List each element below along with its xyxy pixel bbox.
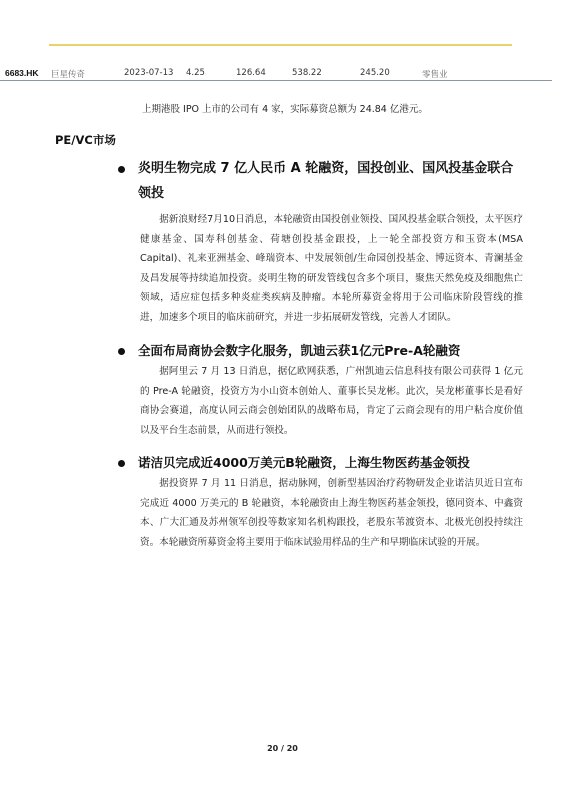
section-title: PE/VC市场 xyxy=(55,132,116,148)
value-col-2: 538.22 xyxy=(292,68,322,78)
ipo-table-row: 6683.HK 巨星传奇 2023-07-13 4.25 126.64 538.… xyxy=(0,66,552,81)
news-body: 据投资界 7 月 11 日消息，据动脉网，创新型基因治疗药物研发企业诺洁贝近日宣… xyxy=(140,474,523,552)
industry: 零售业 xyxy=(422,68,448,80)
news-item: 全面布局商协会数字化服务，凯迪云获1亿元Pre-A轮融资 据阿里云 7 月 13… xyxy=(138,339,523,440)
bullet-icon xyxy=(118,460,125,467)
ipo-summary: 上期港股 IPO 上市的公司有 4 家，实际募资总额为 24.84 亿港元。 xyxy=(142,101,428,115)
page-number: 20 / 20 xyxy=(0,744,565,753)
news-body: 据新浪财经7月10日消息，本轮融资由国投创业领投、国风投基金联合领投，太平医疗健… xyxy=(140,210,523,327)
bullet-icon xyxy=(118,166,125,173)
value-col-1: 126.64 xyxy=(236,68,266,78)
company-name: 巨星传奇 xyxy=(51,68,85,80)
header-rule xyxy=(49,44,512,46)
news-headline: 炎明生物完成 7 亿人民币 A 轮融资，国投创业、国风投基金联合领投 xyxy=(138,156,523,206)
stock-code: 6683.HK xyxy=(5,68,39,78)
news-body: 据阿里云 7 月 13 日消息，据亿欧网获悉，广州凯迪云信息科技有限公司获得 1… xyxy=(140,362,523,440)
news-headline: 全面布局商协会数字化服务，凯迪云获1亿元Pre-A轮融资 xyxy=(138,339,523,362)
offer-price: 4.25 xyxy=(186,68,205,78)
bullet-icon xyxy=(118,348,125,355)
news-item: 炎明生物完成 7 亿人民币 A 轮融资，国投创业、国风投基金联合领投 据新浪财经… xyxy=(138,156,523,327)
news-headline: 诺洁贝完成近4000万美元B轮融资，上海生物医药基金领投 xyxy=(138,451,523,474)
news-item: 诺洁贝完成近4000万美元B轮融资，上海生物医药基金领投 据投资界 7 月 11… xyxy=(138,451,523,552)
listing-date: 2023-07-13 xyxy=(124,68,173,78)
value-col-3: 245.20 xyxy=(360,68,390,78)
